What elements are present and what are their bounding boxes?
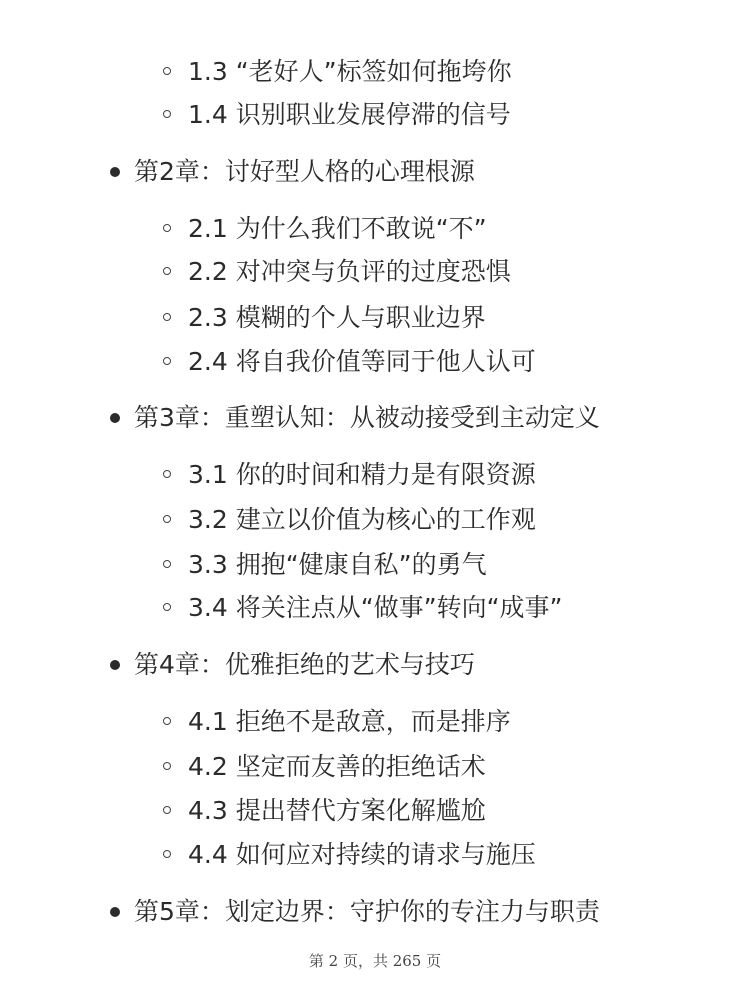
section-title: 4.1 拒绝不是敌意，而是排序: [188, 702, 511, 742]
hollow-bullet-icon: [163, 67, 171, 75]
hollow-bullet-icon: [163, 470, 171, 478]
section-title: 3.3 拥抱“健康自私”的勇气: [188, 545, 487, 585]
section-title: 1.4 识别职业发展停滞的信号: [188, 95, 511, 135]
hollow-bullet-icon: [163, 224, 171, 232]
hollow-bullet-icon: [163, 267, 171, 275]
hollow-bullet-icon: [163, 110, 171, 118]
section-title: 3.2 建立以价值为核心的工作观: [188, 500, 536, 540]
section-title: 3.1 你的时间和精力是有限资源: [188, 455, 536, 495]
page-indicator: 第 2 页，共 265 页: [0, 950, 750, 971]
hollow-bullet-icon: [163, 357, 171, 365]
hollow-bullet-icon: [163, 313, 171, 321]
hollow-bullet-icon: [163, 850, 171, 858]
hollow-bullet-icon: [163, 515, 171, 523]
section-title: 2.1 为什么我们不敢说“不”: [188, 209, 487, 249]
chapter-title: 第2章：讨好型人格的心理根源: [134, 152, 475, 192]
chapter-title: 第4章：优雅拒绝的艺术与技巧: [134, 645, 475, 685]
hollow-bullet-icon: [163, 806, 171, 814]
chapter-title: 第5章：划定边界：守护你的专注力与职责: [134, 892, 600, 932]
hollow-bullet-icon: [163, 560, 171, 568]
section-title: 2.3 模糊的个人与职业边界: [188, 298, 486, 338]
filled-bullet-icon: [110, 907, 120, 917]
chapter-title: 第3章：重塑认知：从被动接受到主动定义: [134, 398, 600, 438]
filled-bullet-icon: [110, 167, 120, 177]
hollow-bullet-icon: [163, 717, 171, 725]
filled-bullet-icon: [110, 660, 120, 670]
hollow-bullet-icon: [163, 603, 171, 611]
section-title: 2.2 对冲突与负评的过度恐惧: [188, 252, 511, 292]
filled-bullet-icon: [110, 413, 120, 423]
section-title: 4.2 坚定而友善的拒绝话术: [188, 747, 486, 787]
hollow-bullet-icon: [163, 762, 171, 770]
section-title: 4.3 提出替代方案化解尴尬: [188, 791, 486, 831]
section-title: 2.4 将自我价值等同于他人认可: [188, 342, 536, 382]
section-title: 3.4 将关注点从“做事”转向“成事”: [188, 588, 563, 628]
section-title: 1.3 “老好人”标签如何拖垮你: [188, 52, 512, 92]
section-title: 4.4 如何应对持续的请求与施压: [188, 835, 536, 875]
